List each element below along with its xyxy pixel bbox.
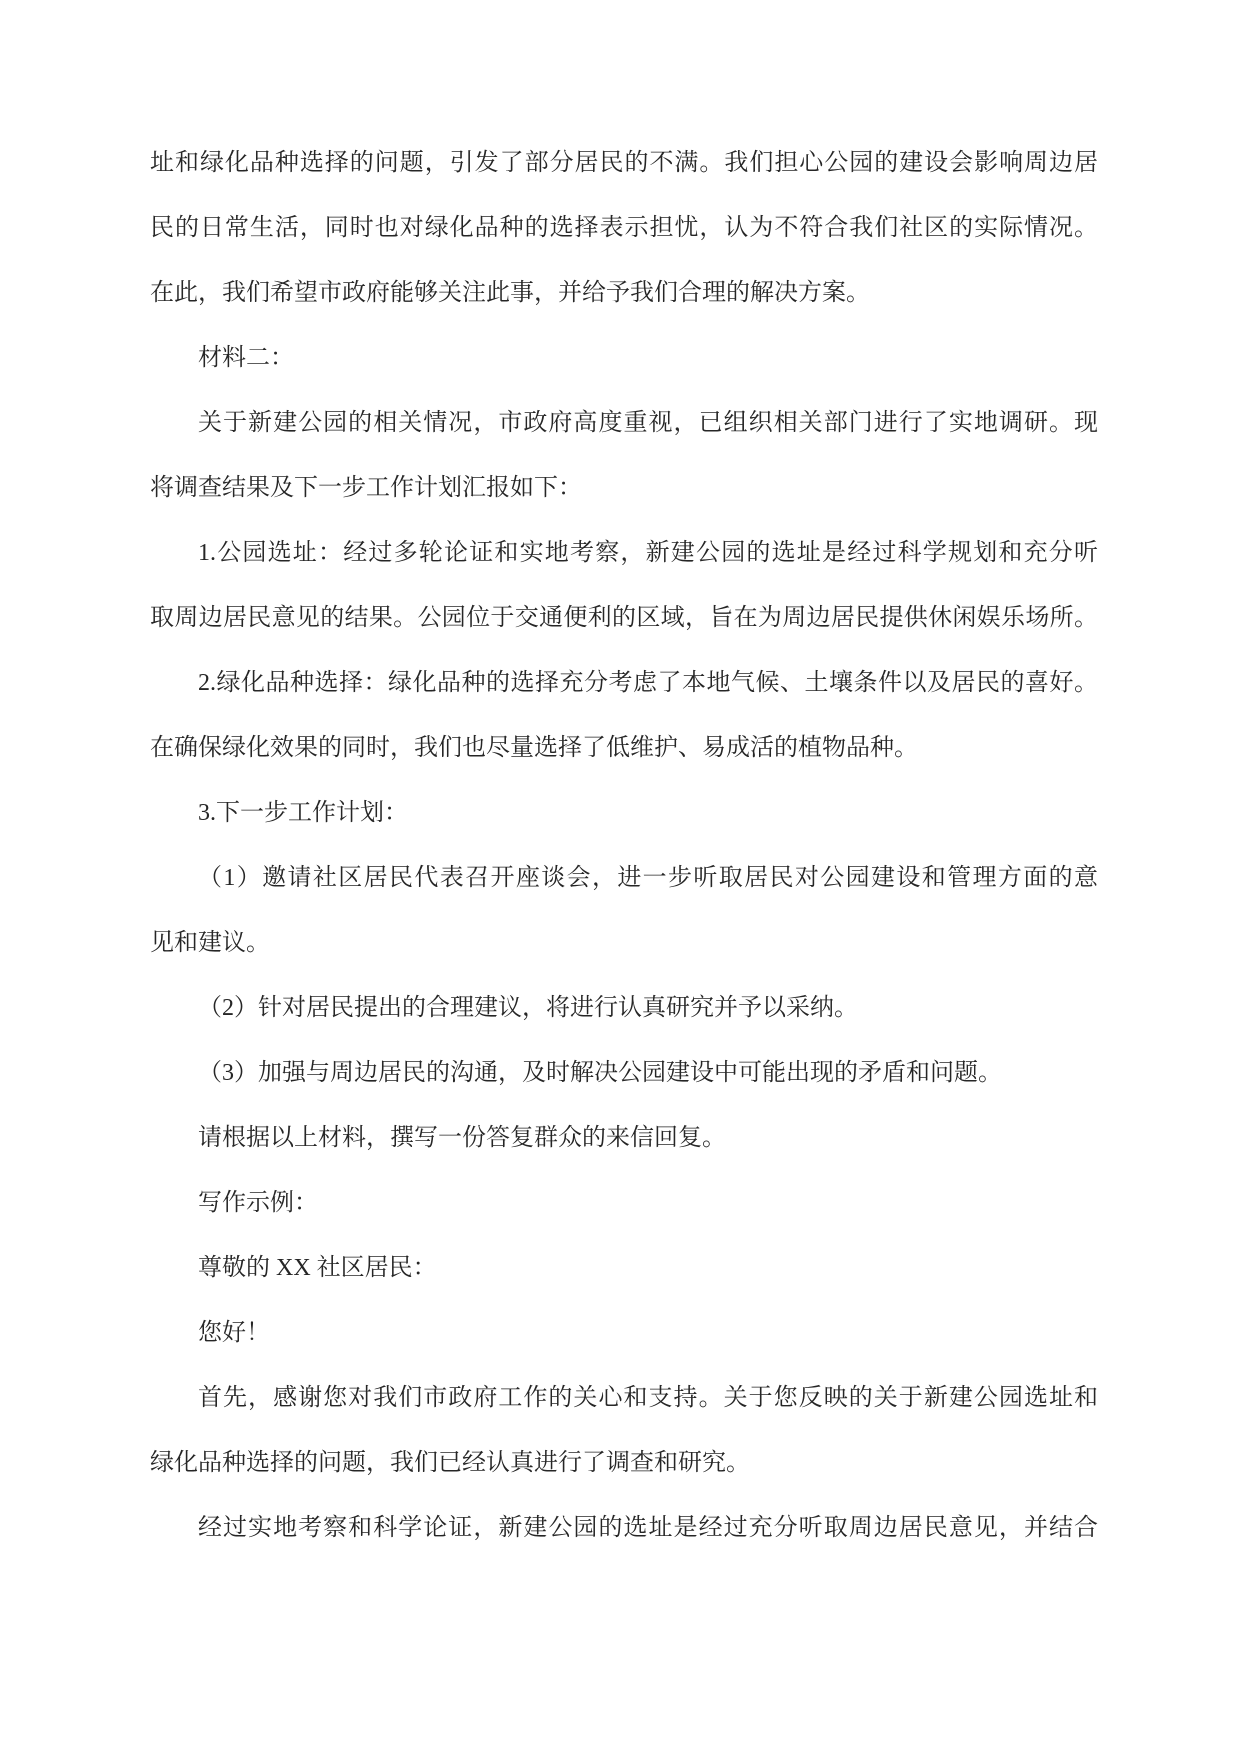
text-line: 民的日常生活，同时也对绿化品种的选择表示担忧，认为不符合我们社区的实际情况。 bbox=[150, 196, 1098, 261]
text-line: 请根据以上材料，撰写一份答复群众的来信回复。 bbox=[150, 1106, 1098, 1171]
text-line: 址和绿化品种选择的问题，引发了部分居民的不满。我们担心公园的建设会影响周边居 bbox=[150, 131, 1098, 196]
text-line: 2.绿化品种选择：绿化品种的选择充分考虑了本地气候、土壤条件以及居民的喜好。 bbox=[150, 651, 1098, 716]
text-line: 经过实地考察和科学论证，新建公园的选址是经过充分听取周边居民意见，并结合 bbox=[150, 1496, 1098, 1561]
text-line: （1）邀请社区居民代表召开座谈会，进一步听取居民对公园建设和管理方面的意 bbox=[150, 846, 1098, 911]
text-line: 3.下一步工作计划： bbox=[150, 781, 1098, 846]
text-line: 见和建议。 bbox=[150, 911, 1098, 976]
text-line: 将调查结果及下一步工作计划汇报如下： bbox=[150, 456, 1098, 521]
text-line: 尊敬的 XX 社区居民： bbox=[150, 1236, 1098, 1301]
text-line: 写作示例： bbox=[150, 1171, 1098, 1236]
text-line: （2）针对居民提出的合理建议，将进行认真研究并予以采纳。 bbox=[150, 976, 1098, 1041]
text-line: 您好！ bbox=[150, 1301, 1098, 1366]
text-line: 绿化品种选择的问题，我们已经认真进行了调查和研究。 bbox=[150, 1431, 1098, 1496]
text-line: 在确保绿化效果的同时，我们也尽量选择了低维护、易成活的植物品种。 bbox=[150, 716, 1098, 781]
text-line: 在此，我们希望市政府能够关注此事，并给予我们合理的解决方案。 bbox=[150, 261, 1098, 326]
text-line: 关于新建公园的相关情况，市政府高度重视，已组织相关部门进行了实地调研。现 bbox=[150, 391, 1098, 456]
text-line: 首先，感谢您对我们市政府工作的关心和支持。关于您反映的关于新建公园选址和 bbox=[150, 1366, 1098, 1431]
text-line: 材料二： bbox=[150, 326, 1098, 391]
text-line: 1.公园选址：经过多轮论证和实地考察，新建公园的选址是经过科学规划和充分听 bbox=[150, 521, 1098, 586]
text-line: 取周边居民意见的结果。公园位于交通便利的区域，旨在为周边居民提供休闲娱乐场所。 bbox=[150, 586, 1098, 651]
document-page: 址和绿化品种选择的问题，引发了部分居民的不满。我们担心公园的建设会影响周边居民的… bbox=[0, 0, 1241, 1754]
text-line: （3）加强与周边居民的沟通，及时解决公园建设中可能出现的矛盾和问题。 bbox=[150, 1041, 1098, 1106]
document-body: 址和绿化品种选择的问题，引发了部分居民的不满。我们担心公园的建设会影响周边居民的… bbox=[150, 131, 1098, 1561]
